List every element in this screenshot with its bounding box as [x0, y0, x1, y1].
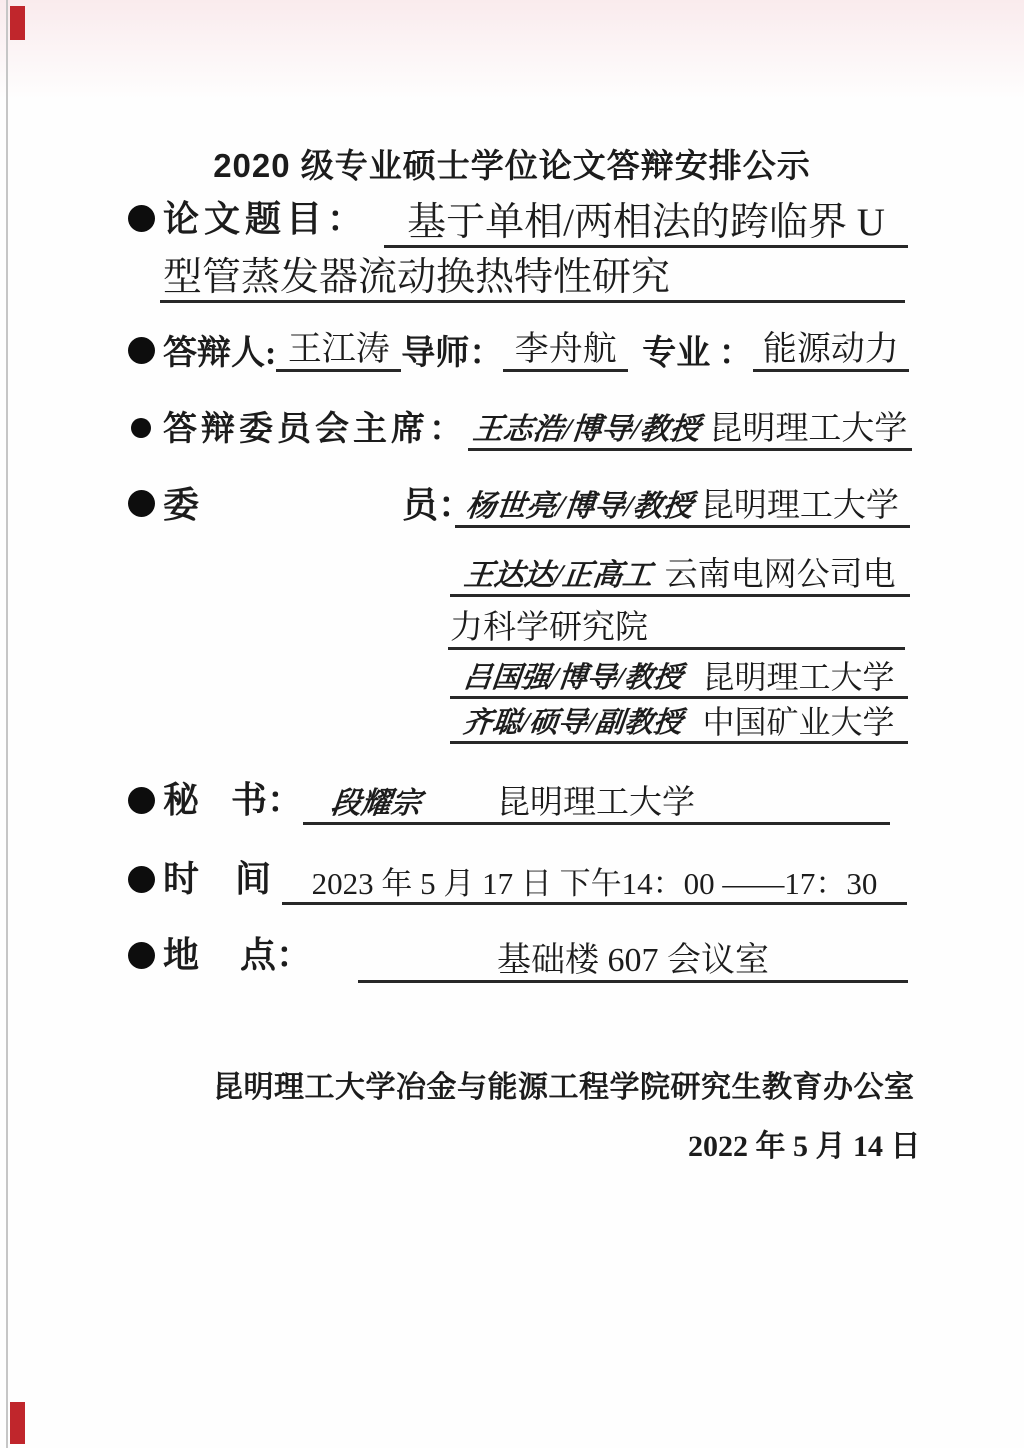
- advisor-name: 李舟航: [503, 330, 628, 372]
- secretary-affiliation: 昆明理工大学: [497, 785, 695, 822]
- time-label-char2: 间: [235, 859, 271, 900]
- member4-name: 齐聪/硕导/副教授: [462, 706, 685, 741]
- bullet-icon: [128, 942, 155, 969]
- bullet-icon: [128, 490, 155, 517]
- scanner-edge-line: [6, 0, 8, 1448]
- time-value: 2023 年 5 月 17 日 下午14：00 ——17：30: [312, 867, 878, 902]
- member4-affiliation: 中国矿业大学: [703, 705, 895, 741]
- scanned-document-page: 2020 级专业硕士学位论文答辩安排公示 论文题目： 基于单相/两相法的跨临界 …: [0, 0, 1024, 1448]
- bullet-icon: [128, 337, 155, 364]
- major-label: 专业 ：: [642, 335, 753, 372]
- thesis-title-line2: 型管蒸发器流动换热特性研究: [163, 256, 670, 300]
- issue-date: 2022 年 5 月 14 日: [688, 1121, 921, 1165]
- time-label-char1: 时: [163, 859, 199, 900]
- page-title: 2020 级专业硕士学位论文答辩安排公示: [0, 140, 1024, 187]
- member1-affiliation: 昆明理工大学: [701, 488, 899, 525]
- bullet-icon: [128, 787, 155, 814]
- thesis-title-line1: 基于单相/两相法的跨临界 U: [407, 201, 885, 245]
- committee-member-row: 王达达/正高工 云南电网公司电: [450, 549, 910, 597]
- bullet-icon: [128, 866, 155, 893]
- committee-member-row: 齐聪/硕导/副教授 中国矿业大学: [450, 700, 908, 744]
- advisor-label: 导师：: [401, 335, 503, 372]
- location-value: 基础楼 607 会议室: [497, 942, 769, 980]
- member2-affiliation-line2: 力科学研究院: [450, 610, 648, 647]
- defender-row: 答辩人: 王江涛 导师： 李舟航 专业 ： 能源动力: [163, 330, 909, 372]
- member3-affiliation: 昆明理工大学: [703, 660, 895, 696]
- secretary-label-char1: 秘: [163, 780, 199, 821]
- chair-label: 答辩委员会主席：: [163, 410, 467, 449]
- chair-name: 王志浩/博导/教授: [471, 412, 701, 448]
- committee-label-char1: 委: [163, 485, 199, 526]
- defender-name: 王江涛: [276, 330, 401, 372]
- major-value: 能源动力: [753, 330, 909, 372]
- secretary-name: 段耀宗: [329, 786, 423, 822]
- member2-name: 王达达/正高工: [462, 558, 654, 594]
- red-scan-mark-bottom: [10, 1402, 25, 1444]
- red-scan-mark-top: [10, 6, 25, 40]
- issuing-office: 昆明理工大学冶金与能源工程学院研究生教育办公室: [213, 1062, 915, 1106]
- chair-affiliation: 昆明理工大学: [709, 411, 907, 448]
- committee-member-row: 吕国强/博导/教授 昆明理工大学: [450, 652, 908, 699]
- bullet-icon: [128, 205, 155, 232]
- defender-label: 答辩人:: [163, 335, 276, 372]
- secretary-label-char2: 书：: [231, 780, 303, 821]
- thesis-title-label: 论文题目：: [163, 199, 368, 240]
- committee-member-row: 力科学研究院: [448, 601, 905, 650]
- member2-affiliation-line1: 云南电网公司电: [665, 557, 896, 594]
- bullet-icon: [131, 418, 151, 438]
- committee-member-row: 杨世亮/博导/教授 昆明理工大学: [455, 481, 910, 528]
- location-label-char2: 点：: [240, 935, 312, 976]
- scan-pink-tint: [0, 0, 1024, 100]
- location-label-char1: 地: [163, 935, 199, 976]
- member3-name: 吕国强/博导/教授: [462, 661, 685, 696]
- member1-name: 杨世亮/博导/教授: [464, 489, 694, 525]
